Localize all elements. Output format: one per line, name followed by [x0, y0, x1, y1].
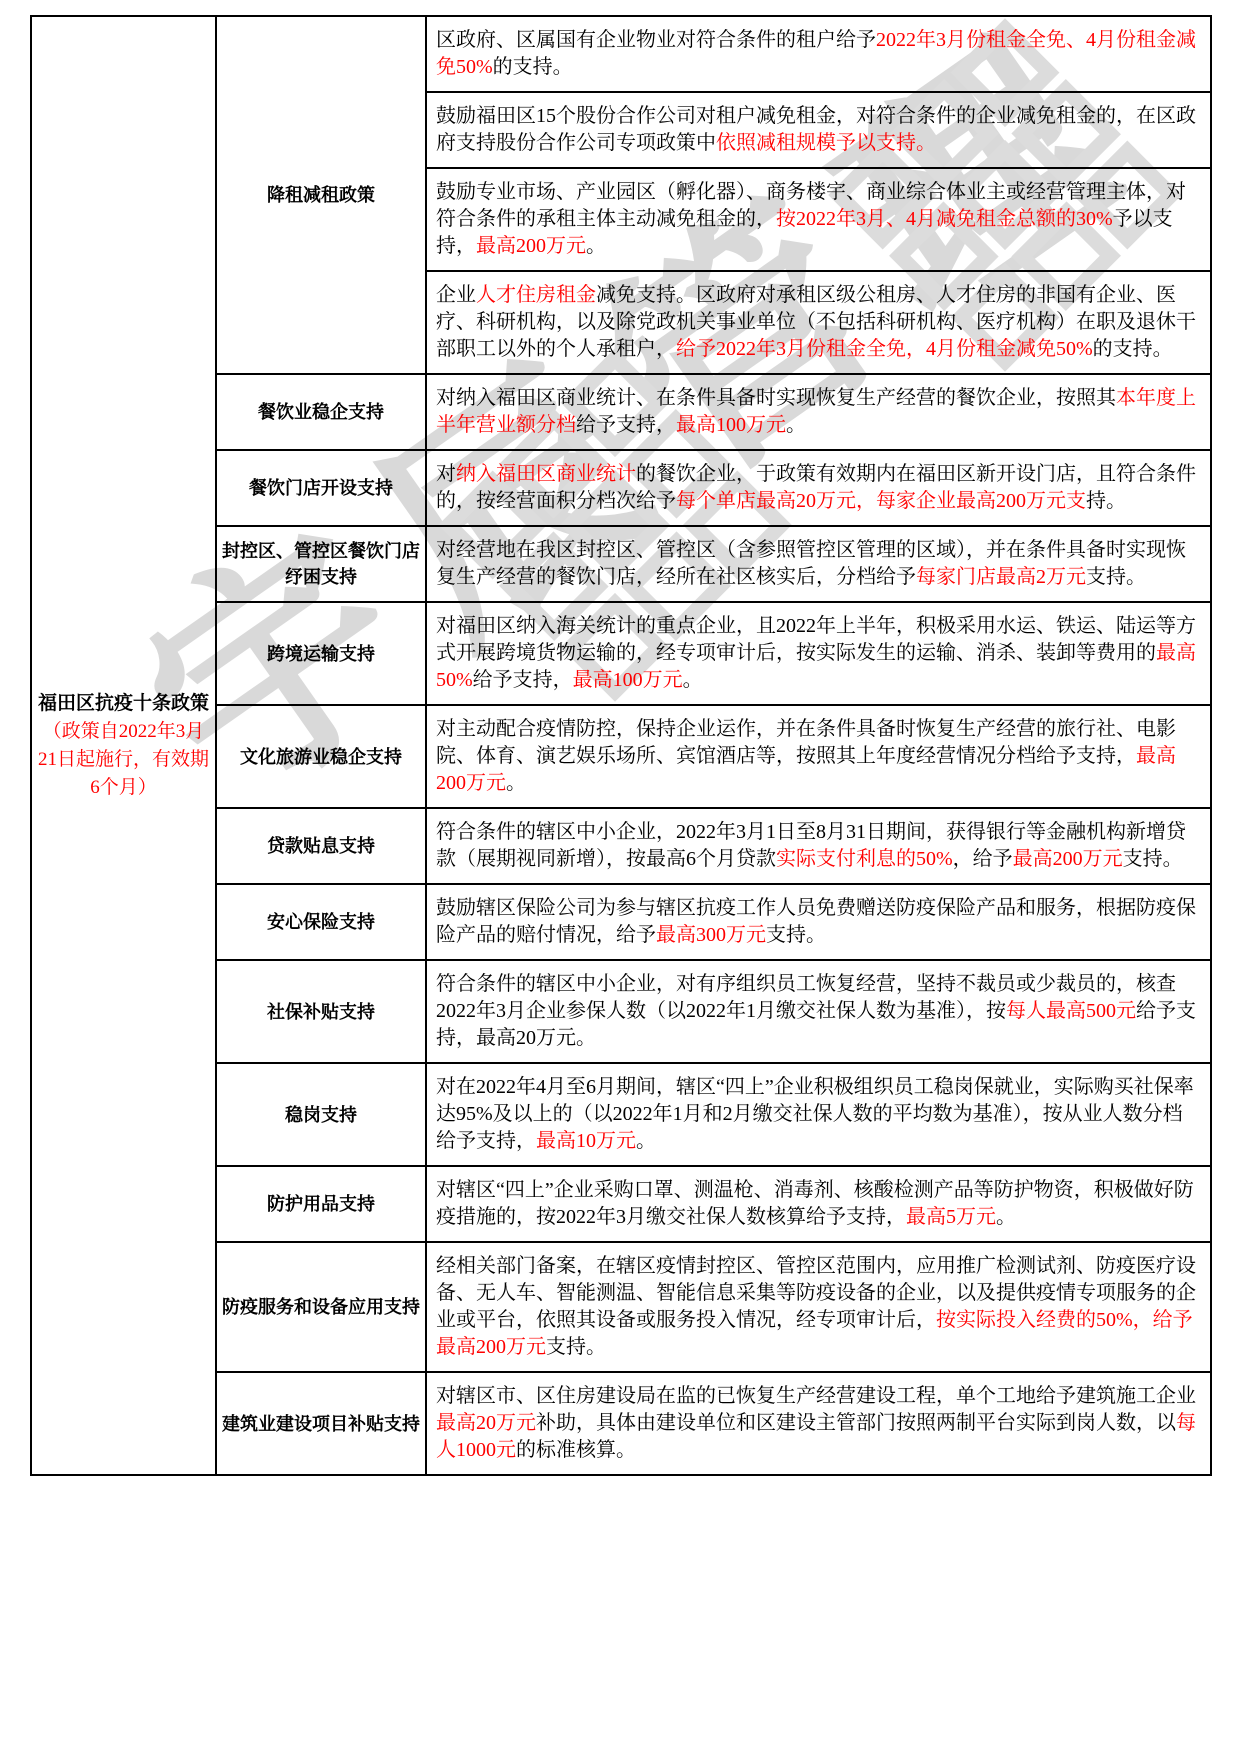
policy-name-cell: 稳岗支持 [216, 1063, 426, 1166]
policy-detail-cell: 经相关部门备案，在辖区疫情封控区、管控区范围内，应用推广检测试剂、防疫医疗设备、… [426, 1242, 1211, 1372]
highlighted-text: 最高100万元 [676, 414, 786, 436]
detail-text: 支持。 [546, 1336, 606, 1358]
document-page: 宇辰管理 福田区抗疫十条政策（政策自2022年3月21日起施行，有效期6个月）降… [0, 0, 1240, 1754]
policy-group-title-cell: 福田区抗疫十条政策（政策自2022年3月21日起施行，有效期6个月） [31, 16, 216, 1475]
detail-text: 持。 [1086, 490, 1126, 512]
highlighted-text: 最高5万元 [906, 1206, 996, 1228]
policy-name-cell: 餐饮门店开设支持 [216, 450, 426, 526]
policy-table: 福田区抗疫十条政策（政策自2022年3月21日起施行，有效期6个月）降租减租政策… [30, 15, 1212, 1476]
policy-name-cell: 防疫服务和设备应用支持 [216, 1242, 426, 1372]
highlighted-text: 实际支付利息的50% [776, 848, 953, 870]
policy-detail-cell: 对经营地在我区封控区、管控区（含参照管控区管理的区域），并在条件具备时实现恢复生… [426, 526, 1211, 602]
policy-name-cell: 餐饮业稳企支持 [216, 374, 426, 450]
policy-detail-cell: 对辖区市、区住房建设局在监的已恢复生产经营建设工程，单个工地给予建筑施工企业最高… [426, 1372, 1211, 1475]
policy-detail-cell: 企业人才住房租金减免支持。区政府对承租区级公租房、人才住房的非国有企业、医疗、科… [426, 271, 1211, 374]
highlighted-text: 最高200万元 [1013, 848, 1123, 870]
policy-detail-cell: 符合条件的辖区中小企业，对有序组织员工恢复经营，坚持不裁员或少裁员的，核查202… [426, 960, 1211, 1063]
detail-text: 的支持。 [493, 56, 573, 78]
policy-detail-cell: 对福田区纳入海关统计的重点企业，且2022年上半年，积极采用水运、铁运、陆运等方… [426, 602, 1211, 705]
policy-detail-cell: 对在2022年4月至6月期间，辖区“四上”企业积极组织员工稳岗保就业，实际购买社… [426, 1063, 1211, 1166]
highlighted-text: 最高20万元 [436, 1412, 536, 1434]
policy-table-body: 福田区抗疫十条政策（政策自2022年3月21日起施行，有效期6个月）降租减租政策… [31, 16, 1211, 1475]
policy-name-cell: 封控区、管控区餐饮门店纾困支持 [216, 526, 426, 602]
policy-name-cell: 社保补贴支持 [216, 960, 426, 1063]
detail-text: 。 [586, 235, 606, 257]
policy-name-cell: 跨境运输支持 [216, 602, 426, 705]
policy-detail-cell: 鼓励福田区15个股份合作公司对租户减免租金，对符合条件的企业减免租金的，在区政府… [426, 92, 1211, 168]
detail-text: 。 [996, 1206, 1016, 1228]
policy-detail-cell: 对辖区“四上”企业采购口罩、测温枪、消毒剂、核酸检测产品等防护物资，积极做好防疫… [426, 1166, 1211, 1242]
policy-name-cell: 防护用品支持 [216, 1166, 426, 1242]
detail-text: 。 [506, 772, 526, 794]
policy-detail-cell: 鼓励专业市场、产业园区（孵化器）、商务楼宇、商业综合体业主或经营管理主体，对符合… [426, 168, 1211, 271]
detail-text: 区政府、区属国有企业物业对符合条件的租户给予 [436, 29, 876, 51]
detail-text: 。 [636, 1130, 656, 1152]
detail-text: 。 [683, 669, 703, 691]
highlighted-text: 人才住房租金 [476, 284, 596, 306]
policy-detail-cell: 对主动配合疫情防控，保持企业运作，并在条件具备时恢复生产经营的旅行社、电影院、体… [426, 705, 1211, 808]
detail-text: 补助，具体由建设单位和区建设主管部门按照两制平台实际到岗人数，以 [536, 1412, 1176, 1434]
detail-text: 的支持。 [1093, 338, 1173, 360]
detail-text: 对纳入福田区商业统计、在条件具备时实现恢复生产经营的餐饮企业，按照其 [436, 387, 1116, 409]
detail-text: 给予支持， [473, 669, 573, 691]
detail-text: 对辖区市、区住房建设局在监的已恢复生产经营建设工程，单个工地给予建筑施工企业 [436, 1385, 1196, 1407]
policy-detail-cell: 对纳入福田区商业统计的餐饮企业，于政策有效期内在福田区新开设门店，且符合条件的，… [426, 450, 1211, 526]
highlighted-text: 最高100万元 [573, 669, 683, 691]
detail-text: 支持。 [1123, 848, 1183, 870]
policy-name-cell: 降租减租政策 [216, 16, 426, 374]
policy-group-subtitle: （政策自2022年3月21日起施行，有效期6个月） [37, 718, 210, 802]
detail-text: 的标准核算。 [516, 1439, 636, 1461]
detail-text: ，给予 [953, 848, 1013, 870]
policy-name-cell: 建筑业建设项目补贴支持 [216, 1372, 426, 1475]
detail-text: 。 [786, 414, 806, 436]
detail-text: 企业 [436, 284, 476, 306]
highlighted-text: 每个单店最高20万元，每家企业最高200万元支 [676, 490, 1086, 512]
policy-detail-cell: 符合条件的辖区中小企业，2022年3月1日至8月31日期间，获得银行等金融机构新… [426, 808, 1211, 884]
highlighted-text: 纳入福田区商业统计 [456, 463, 636, 485]
policy-name-cell: 安心保险支持 [216, 884, 426, 960]
highlighted-text: 每家门店最高2万元 [916, 566, 1086, 588]
detail-text: 对辖区“四上”企业采购口罩、测温枪、消毒剂、核酸检测产品等防护物资，积极做好防疫… [436, 1179, 1194, 1228]
policy-detail-cell: 对纳入福田区商业统计、在条件具备时实现恢复生产经营的餐饮企业，按照其本年度上半年… [426, 374, 1211, 450]
highlighted-text: 按2022年3月、4月减免租金总额的30% [776, 208, 1113, 230]
detail-text: 对福田区纳入海关统计的重点企业，且2022年上半年，积极采用水运、铁运、陆运等方… [436, 615, 1196, 664]
detail-text: 支持。 [1086, 566, 1146, 588]
highlighted-text: 每人最高500元 [1006, 1000, 1136, 1022]
policy-detail-cell: 鼓励辖区保险公司为参与辖区抗疫工作人员免费赠送防疫保险产品和服务，根据防疫保险产… [426, 884, 1211, 960]
highlighted-text: 给予2022年3月份租金全免，4月份租金减免50% [676, 338, 1093, 360]
highlighted-text: 最高300万元 [656, 924, 766, 946]
table-row: 福田区抗疫十条政策（政策自2022年3月21日起施行，有效期6个月）降租减租政策… [31, 16, 1211, 92]
highlighted-text: 最高200万元 [476, 235, 586, 257]
policy-name-cell: 贷款贴息支持 [216, 808, 426, 884]
policy-group-title: 福田区抗疫十条政策 [37, 690, 210, 718]
policy-name-cell: 文化旅游业稳企支持 [216, 705, 426, 808]
detail-text: 支持。 [766, 924, 826, 946]
detail-text: 给予支持， [576, 414, 676, 436]
highlighted-text: 依照减租规模予以支持。 [716, 132, 936, 154]
detail-text: 对 [436, 463, 456, 485]
policy-detail-cell: 区政府、区属国有企业物业对符合条件的租户给予2022年3月份租金全免、4月份租金… [426, 16, 1211, 92]
detail-text: 对主动配合疫情防控，保持企业运作，并在条件具备时恢复生产经营的旅行社、电影院、体… [436, 718, 1176, 767]
highlighted-text: 最高10万元 [536, 1130, 636, 1152]
